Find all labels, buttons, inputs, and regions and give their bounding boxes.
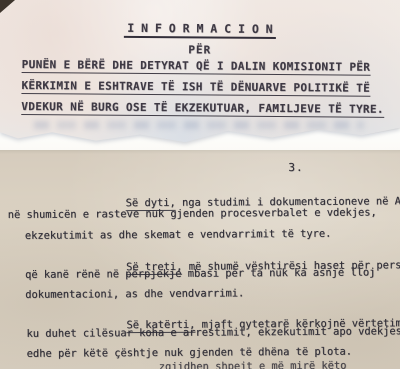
heading-line-1: PUNËN E BËRË DHE DETYRAT QË I DALIN KOMI… (22, 58, 371, 76)
document-scan: I N F O R M A C I O N PËR PUNËN E BËRË D… (0, 0, 400, 369)
top-document-photo: I N F O R M A C I O N PËR PUNËN E BËRË D… (0, 0, 400, 152)
partial-cutoff-line: zgjidhen shpejt e më mirë këto (159, 360, 347, 369)
paragraph-1-line-3: ekzekutimit as dhe skemat e vendvarrimit… (25, 228, 332, 242)
body-text-block: 3. Së dyti, nga studimi i dokumentacione… (0, 147, 400, 369)
paragraph-2-line-3: dokumentacioni, as dhe vendvarrimi. (25, 287, 244, 301)
heading-line-2: KËRKIMIN E ESHTRAVE TË ISH TË DËNUARVE P… (21, 79, 370, 97)
paragraph-2-line-2: që kanë rënë në përpjekje mbasi për ta n… (25, 266, 375, 280)
heading-line-3: VDEKUR NË BURG OSE TË EKZEKUTUAR, FAMILJ… (21, 100, 384, 118)
blurred-text-remnant (34, 121, 364, 129)
document-subtitle: PËR (188, 43, 211, 56)
page-number: 3. (288, 161, 303, 174)
paragraph-3-line-3: edhe për këtë çështje nuk gjenden të dhë… (27, 346, 352, 360)
document-title: I N F O R M A C I O N (124, 21, 276, 39)
bottom-document-photo: 3. Së dyti, nga studimi i dokumentacione… (0, 150, 400, 369)
title-block: I N F O R M A C I O N PËR PUNËN E BËRË D… (0, 0, 400, 58)
top-paper: I N F O R M A C I O N PËR PUNËN E BËRË D… (0, 0, 400, 152)
